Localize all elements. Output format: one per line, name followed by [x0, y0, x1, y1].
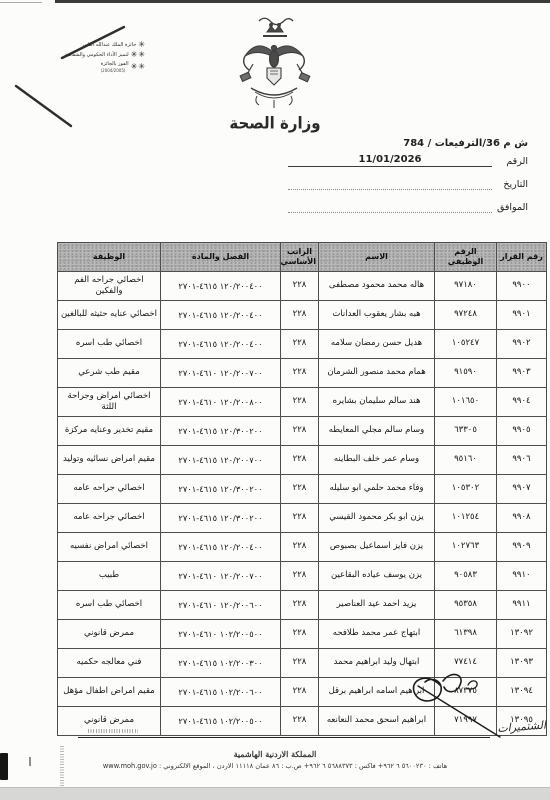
- decision-number: ٩٩١١: [497, 591, 547, 620]
- job-number: ٩٥١٦٠: [435, 446, 497, 475]
- decision-number: ٩٩٠٣: [497, 359, 547, 388]
- table-row: ٩٩٠٢١٠٥٢٤٧هديل حسن رمضان سلامه٢٢٨١٢٠/٢٠٠…: [58, 330, 547, 359]
- decision-number: ١٣٠٩٢: [497, 620, 547, 649]
- chapter-article: ١٠٢/٢٠٠٥٠٠ ٤٦١٠-٢٧٠١: [161, 620, 281, 649]
- field-label: الرقم: [492, 156, 528, 167]
- position: مقيم امراض نسائيه وتوليد: [58, 446, 161, 475]
- chapter-article: ١٢٠/٢٠٠٧٠٠ ٤٦١٠-٢٧٠١: [161, 562, 281, 591]
- promotions-table: رقم القرارالرقم الوظيفيالاسمالراتب الأسا…: [57, 242, 547, 736]
- employee-name: همام محمد منصور الشرمان: [319, 359, 435, 388]
- decision-number: ٩٩٠٢: [497, 330, 547, 359]
- position: مقيم طب شرعي: [58, 359, 161, 388]
- position: فني معالجه حكميه: [58, 649, 161, 678]
- chapter-article: ١٠٢/٢٠٠٥٠٠ ٤٦١٥-٢٧٠١: [161, 707, 281, 736]
- reference-block: ش م 36/الترفيعات / 784 الرقم 11/01/2026 …: [288, 138, 528, 224]
- job-number: ٩١٥٩٠: [435, 359, 497, 388]
- footer-rule: [78, 737, 490, 738]
- table-row: ٩٩١٠٩٠٥٨٣يزن يوسف عياده البقاعين٢٢٨١٢٠/٢…: [58, 562, 547, 591]
- column-header-job-number: الرقم الوظيفي: [435, 243, 497, 272]
- table-row: ٩٩٠٥٦٣٣٠٥وسام سالم مجلي المعايطه٢٢٨١٢٠/٣…: [58, 417, 547, 446]
- column-header-chapter-article: الفصل والمادة: [161, 243, 281, 272]
- reference-number: ش م 36/الترفيعات / 784: [288, 138, 528, 149]
- position: مقيم امراض اطفال مؤهل: [58, 678, 161, 707]
- chapter-article: ١٢٠/٢٠٠٤٠٠ ٤٦١٥-٢٧٠١: [161, 533, 281, 562]
- table-row: ٩٩٠٨١٠١٢٥٤يزن ابو بكر محمود القيسي٢٢٨١٢٠…: [58, 504, 547, 533]
- field-label: التاريخ: [492, 179, 528, 190]
- scan-edge-top: [55, 0, 550, 3]
- position: اخصائي امراض وجراحة اللثة: [58, 388, 161, 417]
- position: اخصائي طب اسره: [58, 591, 161, 620]
- chapter-article: ١٢٠/٢٠٠٦٠٠ ٤٦١٠-٢٧٠١: [161, 591, 281, 620]
- basic-salary: ٢٢٨: [281, 707, 319, 736]
- ministry-title: وزارة الصحة: [0, 113, 550, 132]
- basic-salary: ٢٢٨: [281, 475, 319, 504]
- position: ممرض قانوني: [58, 620, 161, 649]
- table-row: ١٣٠٩٢٦١٣٩٨ابتهاج عمر محمد طلافحه٢٢٨١٠٢/٢…: [58, 620, 547, 649]
- basic-salary: ٢٢٨: [281, 272, 319, 301]
- footer-contact: هاتف : ٥٦٠٠٢٣٠ ٦ ٩٦٢+ فاكس : ٥٦٨٨٣٧٣ ٦ ٩…: [0, 762, 550, 770]
- table-row: ٩٩٠١٩٧٢٤٨هبه بشار يعقوب العدانات٢٢٨١٢٠/٢…: [58, 301, 547, 330]
- ref-field-raqam: الرقم 11/01/2026: [288, 154, 528, 167]
- employee-name: ابتهاج عمر محمد طلافحه: [319, 620, 435, 649]
- position: اخصائي جراحه عامه: [58, 475, 161, 504]
- table-row: ٩٩١١٩٥٣٥٨يزيد احمد عيد العناصير٢٢٨١٢٠/٢٠…: [58, 591, 547, 620]
- position: مقيم تخدير وعنايه مركزة: [58, 417, 161, 446]
- chapter-article: ١٢٠/٣٠٠٢٠٠ ٤٦١٥-٢٧٠١: [161, 417, 281, 446]
- table-row: ٩٩٠٦٩٥١٦٠وسام عمر خلف البطاينه٢٢٨١٢٠/٢٠٠…: [58, 446, 547, 475]
- table-header-row: رقم القرارالرقم الوظيفيالاسمالراتب الأسا…: [58, 243, 547, 272]
- decision-number: ٩٩٠٨: [497, 504, 547, 533]
- decision-number: ٩٩٠٩: [497, 533, 547, 562]
- scan-edge-top-left: [0, 2, 42, 3]
- decision-number: ٩٩٠٤: [497, 388, 547, 417]
- column-header-position: الوظيفة: [58, 243, 161, 272]
- job-number: ١٠٢٧٦٣: [435, 533, 497, 562]
- position: اخصائي امراض نفسيه: [58, 533, 161, 562]
- job-number: ٦٣٣٠٥: [435, 417, 497, 446]
- scan-artifact-mark: [29, 757, 31, 766]
- employee-name: هبه بشار يعقوب العدانات: [319, 301, 435, 330]
- chapter-article: ١٢٠/٢٠٠٤٠٠ ٤٦١٥-٢٧٠١: [161, 301, 281, 330]
- field-blank-line: [288, 178, 492, 190]
- decision-number: ٩٩١٠: [497, 562, 547, 591]
- employee-name: وسام سالم مجلي المعايطه: [319, 417, 435, 446]
- ref-field-muwafiq: الموافق: [288, 201, 528, 213]
- ref-field-tarikh: التاريخ: [288, 178, 528, 190]
- basic-salary: ٢٢٨: [281, 649, 319, 678]
- position: طبيب: [58, 562, 161, 591]
- job-number: ٩٧٢٤٨: [435, 301, 497, 330]
- employee-name: يزن ابو بكر محمود القيسي: [319, 504, 435, 533]
- basic-salary: ٢٢٨: [281, 330, 319, 359]
- employee-name: هاله محمد محمود مصطفى: [319, 272, 435, 301]
- basic-salary: ٢٢٨: [281, 504, 319, 533]
- basic-salary: ٢٢٨: [281, 562, 319, 591]
- table-row: ٩٩٠٣٩١٥٩٠همام محمد منصور الشرمان٢٢٨١٢٠/٢…: [58, 359, 547, 388]
- employee-name: يزن فايز اسماعيل بصبوص: [319, 533, 435, 562]
- employee-name: وفاء محمد حلمي ابو سليله: [319, 475, 435, 504]
- chapter-article: ١٢٠/٢٠٠٧٠٠ ٤٦١٥-٢٧٠١: [161, 446, 281, 475]
- column-header-basic-salary: الراتب الأساسي: [281, 243, 319, 272]
- job-number: ٩٧١٨٠: [435, 272, 497, 301]
- position: اخصائي طب اسره: [58, 330, 161, 359]
- chapter-article: ١٢٠/٣٠٠٢٠٠ ٤٦١٥-٢٧٠١: [161, 475, 281, 504]
- basic-salary: ٢٢٨: [281, 417, 319, 446]
- job-number: ١٠١٦٥٠: [435, 388, 497, 417]
- position: اخصائي جراحه الفم والفكين: [58, 272, 161, 301]
- table-row: ٩٩٠٠٩٧١٨٠هاله محمد محمود مصطفى٢٢٨١٢٠/٢٠٠…: [58, 272, 547, 301]
- signature-scribble: [388, 663, 523, 748]
- basic-salary: ٢٢٨: [281, 359, 319, 388]
- decision-number: ٩٩٠٥: [497, 417, 547, 446]
- decision-number: ٩٩٠٦: [497, 446, 547, 475]
- basic-salary: ٢٢٨: [281, 301, 319, 330]
- chapter-article: ١٢٠/٢٠٠٤٠٠ ٤٦١٥-٢٧٠١: [161, 272, 281, 301]
- scan-edge-bottom: [0, 787, 550, 800]
- basic-salary: ٢٢٨: [281, 446, 319, 475]
- footer-kingdom: المملكة الاردنية الهاشمية: [0, 749, 550, 759]
- job-number: ١٠٥٣٠٢: [435, 475, 497, 504]
- field-blank-line: [288, 201, 492, 213]
- column-header-employee-name: الاسم: [319, 243, 435, 272]
- field-value-date: 11/01/2026: [288, 154, 492, 167]
- decision-number: ٩٩٠٧: [497, 475, 547, 504]
- employee-name: هند سالم سليمان بشايره: [319, 388, 435, 417]
- chapter-article: ١٠٢/٢٠٠٣٠٠ ٤٦١٥-٢٧٠١: [161, 649, 281, 678]
- chapter-article: ١٢٠/٢٠٠٤٠٠ ٤٦١٥-٢٧٠١: [161, 330, 281, 359]
- decision-number: ٩٩٠١: [497, 301, 547, 330]
- job-number: ١٠١٢٥٤: [435, 504, 497, 533]
- chapter-article: ١٢٠/٣٠٠٢٠٠ ٤٦١٥-٢٧٠١: [161, 504, 281, 533]
- decision-number: ٩٩٠٠: [497, 272, 547, 301]
- employee-name: يزيد احمد عيد العناصير: [319, 591, 435, 620]
- table-row: ٩٩٠٧١٠٥٣٠٢وفاء محمد حلمي ابو سليله٢٢٨١٢٠…: [58, 475, 547, 504]
- basic-salary: ٢٢٨: [281, 678, 319, 707]
- basic-salary: ٢٢٨: [281, 388, 319, 417]
- scan-artifact-bar: [0, 753, 8, 780]
- table-row: ٩٩٠٤١٠١٦٥٠هند سالم سليمان بشايره٢٢٨١٢٠/٢…: [58, 388, 547, 417]
- employee-name: وسام عمر خلف البطاينه: [319, 446, 435, 475]
- employee-name: هديل حسن رمضان سلامه: [319, 330, 435, 359]
- table-row: ٩٩٠٩١٠٢٧٦٣يزن فايز اسماعيل بصبوص٢٢٨١٢٠/٢…: [58, 533, 547, 562]
- job-number: ١٠٥٢٤٧: [435, 330, 497, 359]
- chapter-article: ١٢٠/٢٠٠٧٠٠ ٤٦١٠-٢٧٠١: [161, 359, 281, 388]
- job-number: ٩٠٥٨٣: [435, 562, 497, 591]
- basic-salary: ٢٢٨: [281, 533, 319, 562]
- position: اخصائي جراحه عامه: [58, 504, 161, 533]
- job-number: ٩٥٣٥٨: [435, 591, 497, 620]
- column-header-decision-number: رقم القرار: [497, 243, 547, 272]
- job-number: ٦١٣٩٨: [435, 620, 497, 649]
- position: اخصائي عنايه حثيثه للبالغين: [58, 301, 161, 330]
- basic-salary: ٢٢٨: [281, 620, 319, 649]
- jordan-coat-of-arms: [233, 14, 317, 116]
- chapter-article: ١٠٢/٢٠٠٦٠٠ ٤٦١٥-٢٧٠١: [161, 678, 281, 707]
- field-label: الموافق: [492, 202, 528, 213]
- employee-name: يزن يوسف عياده البقاعين: [319, 562, 435, 591]
- basic-salary: ٢٢٨: [281, 591, 319, 620]
- scanned-document-page: جائزة الملك عبدالله الثاني ✳ لتميز الأدا…: [0, 0, 550, 800]
- chapter-article: ١٢٠/٢٠٠٨٠٠ ٤٦١٠-٢٧٠١: [161, 388, 281, 417]
- illegible-microtext: [88, 729, 138, 733]
